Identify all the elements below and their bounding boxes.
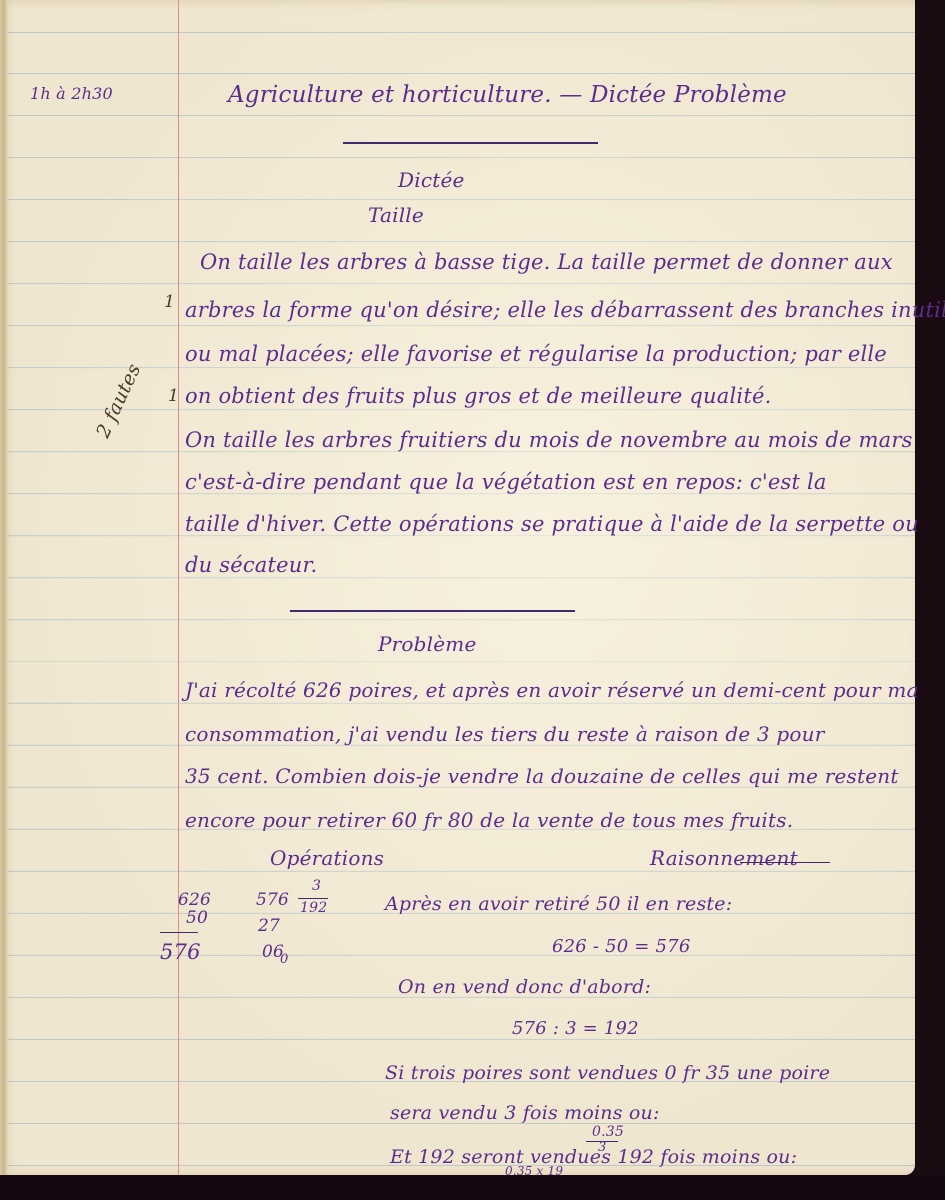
section-divider — [290, 610, 575, 612]
division-bar — [298, 898, 328, 899]
dictee-line: taille d'hiver. Cette opérations se prat… — [185, 512, 919, 536]
dictee-line: ou mal placées; elle favorise et régular… — [185, 342, 887, 366]
margin-mark-2: 1 — [168, 386, 179, 406]
dictee-line: c'est-à-dire pendant que la végétation e… — [185, 470, 827, 494]
page-edge-shadow — [0, 1175, 945, 1200]
division-quotient: 192 — [300, 900, 327, 916]
division-step: 0 — [280, 952, 288, 967]
dictee-line: On taille les arbres fruitiers du mois d… — [185, 428, 913, 452]
dictee-heading: Dictée — [398, 168, 465, 192]
dictee-line: On taille les arbres à basse tige. La ta… — [200, 250, 893, 274]
probleme-line: consommation, j'ai vendu les tiers du re… — [185, 722, 825, 746]
raisonnement-line: Si trois poires sont vendues 0 fr 35 une… — [385, 1062, 830, 1084]
raisonnement-line: sera vendu 3 fois moins ou: — [390, 1102, 660, 1124]
margin-mark-1: 1 — [164, 292, 175, 312]
page-title: Agriculture et horticulture. — Dictée Pr… — [228, 82, 787, 108]
margin-grade-note: 2 fautes — [92, 360, 145, 441]
probleme-line: J'ai récolté 626 poires, et après en avo… — [185, 678, 919, 702]
raisonnement-line: Après en avoir retiré 50 il en reste: — [385, 893, 732, 915]
division-divisor: 3 — [312, 878, 321, 894]
margin-line — [178, 0, 179, 1175]
probleme-line: 35 cent. Combien dois-je vendre la douza… — [185, 764, 899, 788]
raisonnement-line: 576 : 3 = 192 — [512, 1018, 639, 1039]
raisonnement-underline — [740, 862, 830, 863]
division-step: 27 — [258, 916, 280, 936]
title-underline — [343, 142, 598, 144]
dictee-line: du sécateur. — [185, 553, 317, 577]
margin-time: 1h à 2h30 — [30, 84, 113, 103]
dictee-line: arbres la forme qu'on désire; elle les d… — [185, 298, 945, 322]
raisonnement-line: On en vend donc d'abord: — [398, 976, 651, 998]
subtraction-b: 50 — [186, 908, 208, 928]
dictee-subheading: Taille — [368, 203, 424, 227]
probleme-heading: Problème — [378, 632, 477, 656]
subtraction-a: 626 — [178, 890, 211, 910]
page-spine — [0, 0, 8, 1175]
raisonnement-heading: Raisonnement — [650, 846, 798, 870]
raisonnement-line: 626 - 50 = 576 — [552, 936, 690, 957]
raisonnement-line: Et 192 seront vendues 192 fois moins ou: — [390, 1146, 797, 1168]
subtraction-bar — [160, 932, 198, 933]
dictee-line: on obtient des fruits plus gros et de me… — [185, 384, 771, 408]
division-dividend: 576 — [256, 890, 289, 910]
subtraction-result: 576 — [160, 940, 201, 964]
fraction-numerator: 0.35 — [592, 1124, 624, 1140]
operations-heading: Opérations — [270, 846, 384, 870]
notebook-page: 1h à 2h30 1 1 2 fautes Agriculture et ho… — [0, 0, 915, 1175]
probleme-line: encore pour retirer 60 fr 80 de la vente… — [185, 808, 793, 832]
